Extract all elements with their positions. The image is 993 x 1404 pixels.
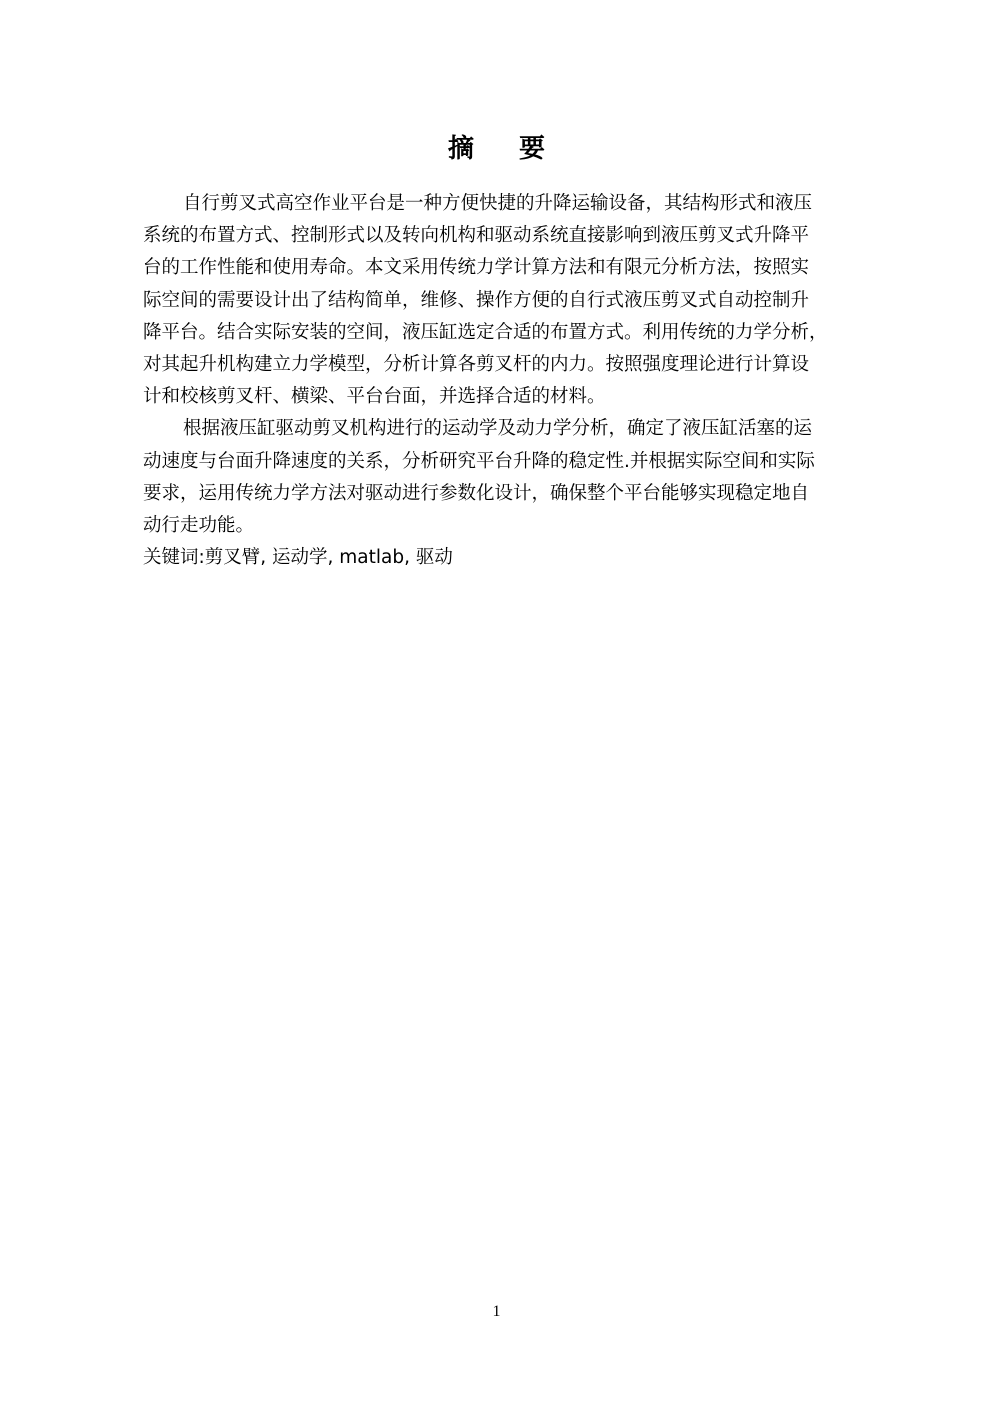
page-number: 1 [0,1303,993,1321]
text-line: 降平台。结合实际安装的空间，液压缸选定合适的布置方式。利用传统的力学分析， [143,317,863,349]
text-line: 自行剪叉式高空作业平台是一种方便快捷的升降运输设备，其结构形式和液压 [143,188,863,220]
abstract-body: 自行剪叉式高空作业平台是一种方便快捷的升降运输设备，其结构形式和液压 系统的布置… [143,188,863,574]
abstract-paragraph-1: 自行剪叉式高空作业平台是一种方便快捷的升降运输设备，其结构形式和液压 系统的布置… [143,188,863,413]
text-line: 动速度与台面升降速度的关系，分析研究平台升降的稳定性.并根据实际空间和实际 [143,446,863,478]
text-line: 根据液压缸驱动剪叉机构进行的运动学及动力学分析，确定了液压缸活塞的运 [143,413,863,445]
abstract-paragraph-2: 根据液压缸驱动剪叉机构进行的运动学及动力学分析，确定了液压缸活塞的运 动速度与台… [143,413,863,542]
text-line: 际空间的需要设计出了结构简单，维修、操作方便的自行式液压剪叉式自动控制升 [143,285,863,317]
text-line: 系统的布置方式、控制形式以及转向机构和驱动系统直接影响到液压剪叉式升降平 [143,220,863,252]
text-line: 台的工作性能和使用寿命。本文采用传统力学计算方法和有限元分析方法，按照实 [143,252,863,284]
text-line: 对其起升机构建立力学模型，分析计算各剪叉杆的内力。按照强度理论进行计算设 [143,349,863,381]
text-line: 要求，运用传统力学方法对驱动进行参数化设计，确保整个平台能够实现稳定地自 [143,478,863,510]
keywords: 关键词:剪叉臂, 运动学, matlab, 驱动 [143,542,863,574]
text-line: 动行走功能。 [143,510,863,542]
page-title: 摘 要 [0,128,993,165]
text-line: 计和校核剪叉杆、横梁、平台台面，并选择合适的材料。 [143,381,863,413]
